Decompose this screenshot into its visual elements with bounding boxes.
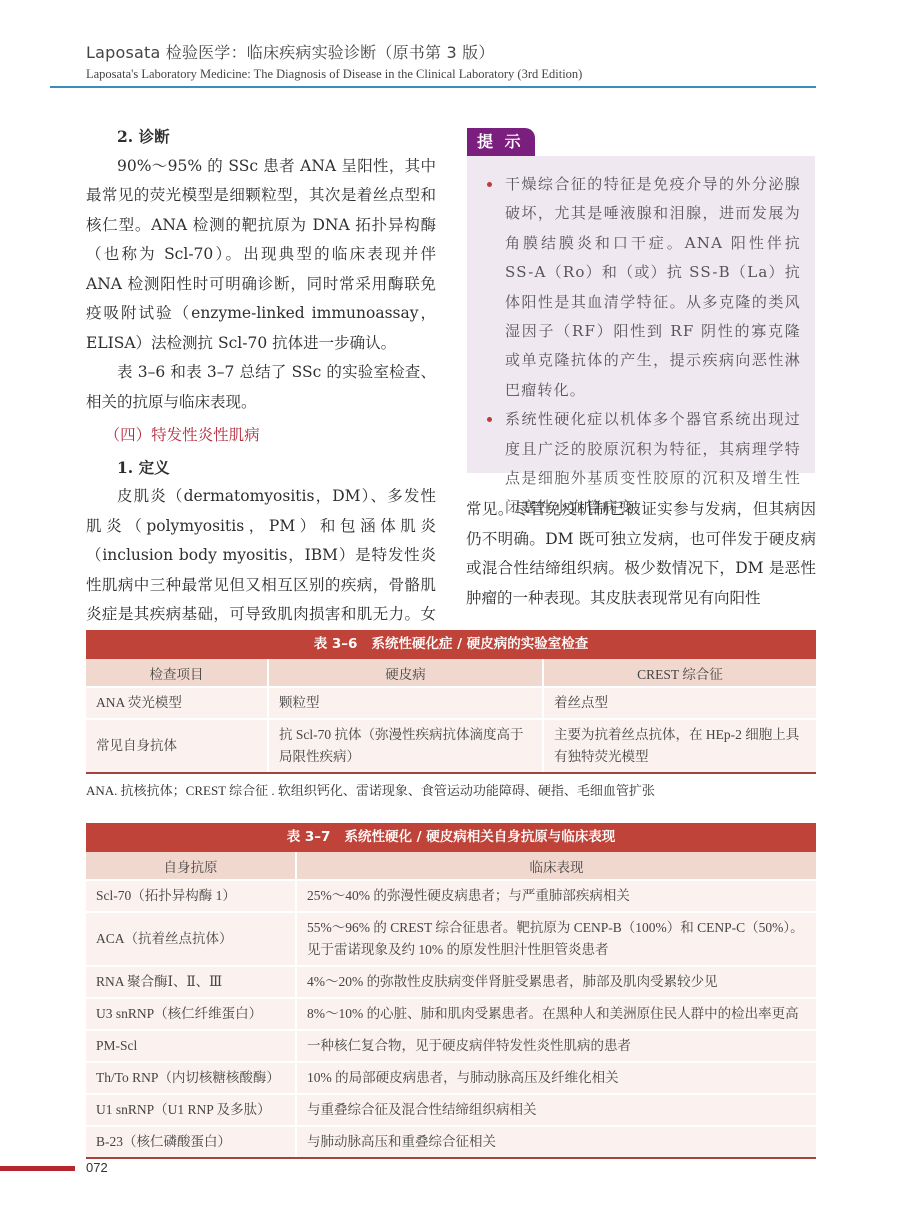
table-number: 表 3–6 [314,636,358,652]
table-row: U1 snRNP（U1 RNP 及多肽） 与重叠综合征及混合性结缔组织病相关 [86,1094,816,1126]
table-row: U3 snRNP（核仁纤维蛋白） 8%～10% 的心脏、肺和肌肉受累患者。在黑种… [86,998,816,1030]
table-cell: RNA 聚合酶Ⅰ、Ⅱ、Ⅲ [86,966,296,998]
table-row: Scl-70（拓扑异构酶 1） 25%～40% 的弥漫性硬皮病患者；与严重肺部疾… [86,880,816,912]
column-header: 硬皮病 [268,659,543,687]
column-header: CREST 综合征 [543,659,816,687]
tip-item-text: 干燥综合征的特征是免疫介导的外分泌腺破坏，尤其是唾液腺和泪腺，进而发展为角膜结膜… [505,175,801,399]
section-heading-idiopathic-myopathy: （四）特发性炎性肌病 [86,421,436,451]
paragraph-tables-summary: 表 3–6 和表 3–7 总结了 SSc 的实验室检查、相关的抗原与临床表现。 [86,358,436,417]
book-title-en: Laposata's Laboratory Medicine: The Diag… [86,67,816,82]
column-header: 自身抗原 [86,852,296,880]
table-cell: 主要为抗着丝点抗体，在 HEp-2 细胞上具有独特荧光模型 [543,719,816,772]
table-caption: 系统性硬化症 / 硬皮病的实验室检查 [371,636,588,652]
running-header: Laposata 检验医学：临床疾病实验诊断（原书第 3 版） Laposata… [86,40,816,82]
table-cell: 着丝点型 [543,687,816,719]
paragraph-diagnosis: 90%～95% 的 SSc 患者 ANA 呈阳性，其中最常见的荧光模型是细颗粒型… [86,152,436,359]
table-cell: 55%～96% 的 CREST 综合征患者。靶抗原为 CENP-B（100%）和… [296,912,816,966]
page-number: 072 [86,1160,108,1175]
table-cell: 一种核仁复合物，见于硬皮病伴特发性炎性肌病的患者 [296,1030,816,1062]
heading-definition: 1. 定义 [86,453,436,483]
paragraph-definition-continued: 常见。尽管免疫机制已被证实参与发病，但其病因仍不明确。DM 既可独立发病，也可伴… [466,495,816,613]
bullet-icon [487,182,492,187]
heading-diagnosis: 2. 诊断 [86,122,436,152]
column-header: 检查项目 [86,659,268,687]
table-caption: 系统性硬化 / 硬皮病相关自身抗原与临床表现 [344,829,615,845]
book-title-cn: Laposata 检验医学：临床疾病实验诊断（原书第 3 版） [86,40,816,63]
table-row: ACA（抗着丝点抗体） 55%～96% 的 CREST 综合征患者。靶抗原为 C… [86,912,816,966]
tip-list: 干燥综合征的特征是免疫介导的外分泌腺破坏，尤其是唾液腺和泪腺，进而发展为角膜结膜… [487,170,801,523]
table-cell: ACA（抗着丝点抗体） [86,912,296,966]
table-3-6: 表 3–6系统性硬化症 / 硬皮病的实验室检查 检查项目 硬皮病 CREST 综… [86,630,816,799]
table-header-row: 自身抗原 临床表现 [86,852,816,880]
table-cell: 25%～40% 的弥漫性硬皮病患者；与严重肺部疾病相关 [296,880,816,912]
table-cell: Scl-70（拓扑异构酶 1） [86,880,296,912]
table-header-row: 检查项目 硬皮病 CREST 综合征 [86,659,816,687]
table-row: ANA 荧光模型 颗粒型 着丝点型 [86,687,816,719]
footer-accent-bar [0,1166,75,1171]
table-title: 表 3–6系统性硬化症 / 硬皮病的实验室检查 [86,630,816,659]
table-cell: 与重叠综合征及混合性结缔组织病相关 [296,1094,816,1126]
autoantigen-table: 自身抗原 临床表现 Scl-70（拓扑异构酶 1） 25%～40% 的弥漫性硬皮… [86,852,816,1157]
table-cell: 抗 Scl-70 抗体（弥漫性疾病抗体滴度高于局限性疾病） [268,719,543,772]
table-row: Th/To RNP（内切核糖核酸酶） 10% 的局部硬皮病患者，与肺动脉高压及纤… [86,1062,816,1094]
tip-label: 提 示 [467,128,535,156]
tip-box: 干燥综合征的特征是免疫介导的外分泌腺破坏，尤其是唾液腺和泪腺，进而发展为角膜结膜… [467,156,815,473]
table-bottom-rule [86,1157,816,1159]
lab-tests-table: 检查项目 硬皮病 CREST 综合征 ANA 荧光模型 颗粒型 着丝点型 常见自… [86,659,816,772]
table-row: PM-Scl 一种核仁复合物，见于硬皮病伴特发性炎性肌病的患者 [86,1030,816,1062]
table-cell: U3 snRNP（核仁纤维蛋白） [86,998,296,1030]
header-divider [50,86,816,88]
right-column: 常见。尽管免疫机制已被证实参与发病，但其病因仍不明确。DM 既可独立发病，也可伴… [466,495,816,613]
table-3-7: 表 3–7系统性硬化 / 硬皮病相关自身抗原与临床表现 自身抗原 临床表现 Sc… [86,823,816,1159]
table-number: 表 3–7 [287,829,331,845]
bullet-icon [487,417,492,422]
table-row: B-23（核仁磷酸蛋白） 与肺动脉高压和重叠综合征相关 [86,1126,816,1157]
table-row: RNA 聚合酶Ⅰ、Ⅱ、Ⅲ 4%～20% 的弥散性皮肤病变伴肾脏受累患者，肺部及肌… [86,966,816,998]
left-column: 2. 诊断 90%～95% 的 SSc 患者 ANA 呈阳性，其中最常见的荧光模… [86,122,436,659]
table-cell: U1 snRNP（U1 RNP 及多肽） [86,1094,296,1126]
table-cell: 常见自身抗体 [86,719,268,772]
table-cell: 与肺动脉高压和重叠综合征相关 [296,1126,816,1157]
table-title: 表 3–7系统性硬化 / 硬皮病相关自身抗原与临床表现 [86,823,816,852]
column-header: 临床表现 [296,852,816,880]
table-cell: PM-Scl [86,1030,296,1062]
table-cell: Th/To RNP（内切核糖核酸酶） [86,1062,296,1094]
table-cell: ANA 荧光模型 [86,687,268,719]
table-cell: B-23（核仁磷酸蛋白） [86,1126,296,1157]
table-cell: 颗粒型 [268,687,543,719]
table-row: 常见自身抗体 抗 Scl-70 抗体（弥漫性疾病抗体滴度高于局限性疾病） 主要为… [86,719,816,772]
table-bottom-rule [86,772,816,774]
tip-item: 干燥综合征的特征是免疫介导的外分泌腺破坏，尤其是唾液腺和泪腺，进而发展为角膜结膜… [487,170,801,405]
table-cell: 8%～10% 的心脏、肺和肌肉受累患者。在黑种人和美洲原住民人群中的检出率更高 [296,998,816,1030]
table-footnote: ANA. 抗核抗体；CREST 综合征 . 软组织钙化、雷诺现象、食管运动功能障… [86,780,816,799]
table-cell: 10% 的局部硬皮病患者，与肺动脉高压及纤维化相关 [296,1062,816,1094]
table-cell: 4%～20% 的弥散性皮肤病变伴肾脏受累患者，肺部及肌肉受累较少见 [296,966,816,998]
